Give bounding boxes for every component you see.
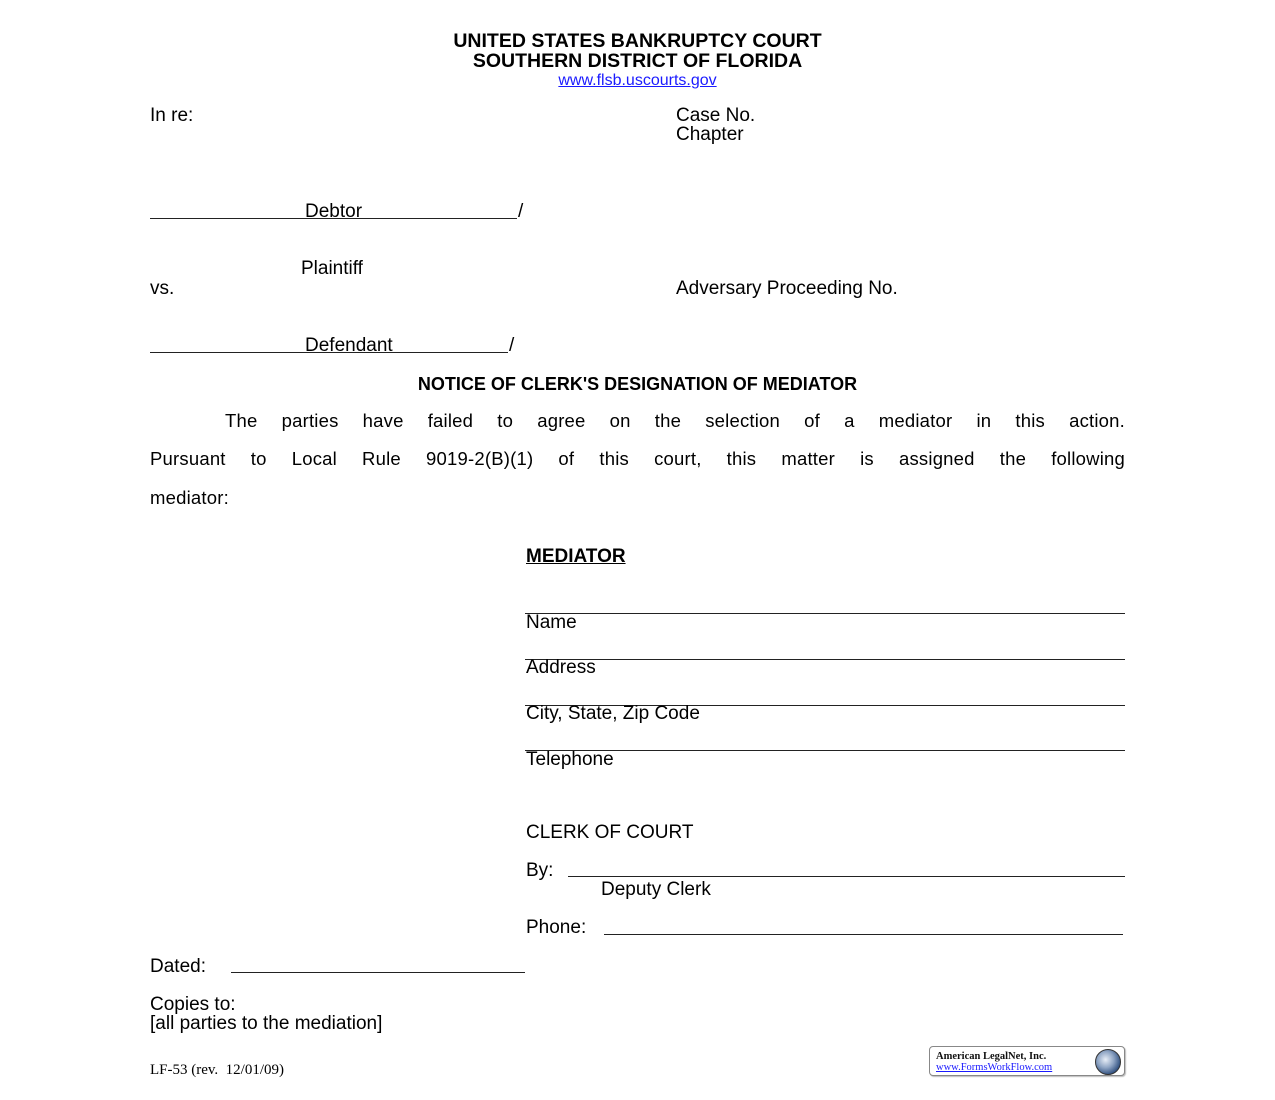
badge-link[interactable]: www.FormsWorkFlow.com [936, 1062, 1052, 1073]
in-re-label: In re: [150, 106, 193, 125]
mediator-heading: MEDIATOR [526, 547, 626, 566]
mediator-address-line[interactable] [525, 659, 1125, 660]
form-id: LF-53 (rev. 12/01/09) [150, 1063, 284, 1078]
by-label: By: [526, 861, 553, 880]
legalnet-badge[interactable]: American LegalNet, Inc. www.FormsWorkFlo… [929, 1046, 1125, 1076]
mediator-address-label: Address [526, 658, 596, 677]
notice-title: NOTICE OF CLERK'S DESIGNATION OF MEDIATO… [0, 375, 1275, 393]
phone-label: Phone: [526, 918, 586, 937]
court-name: UNITED STATES BANKRUPTCY COURT [0, 32, 1275, 52]
globe-icon [1095, 1049, 1121, 1075]
mediator-telephone-line[interactable] [525, 750, 1125, 751]
dated-line[interactable] [231, 972, 525, 973]
plaintiff-label: Plaintiff [301, 259, 363, 278]
chapter-label: Chapter [676, 125, 744, 144]
notice-line-1: The parties have failed to agree on the … [150, 412, 1125, 431]
clerk-heading: CLERK OF COURT [526, 823, 694, 842]
court-website-link[interactable]: www.flsb.uscourts.gov [558, 72, 716, 89]
defendant-slash: / [509, 336, 514, 355]
copies-to-label: Copies to: [150, 995, 236, 1014]
mediator-telephone-label: Telephone [526, 750, 614, 769]
debtor-label: Debtor [305, 202, 362, 221]
notice-line-3: mediator: [150, 489, 229, 508]
mediator-name-label: Name [526, 613, 577, 632]
dated-label: Dated: [150, 957, 206, 976]
court-website-wrapper: www.flsb.uscourts.gov [0, 70, 1275, 89]
phone-line[interactable] [604, 934, 1123, 935]
vs-label: vs. [150, 279, 174, 298]
notice-line-2: Pursuant to Local Rule 9019-2(B)(1) of t… [150, 450, 1125, 469]
badge-company: American LegalNet, Inc. [936, 1051, 1046, 1062]
case-no-label: Case No. [676, 106, 755, 125]
defendant-label: Defendant [305, 336, 393, 355]
debtor-slash: / [518, 202, 523, 221]
court-district: SOUTHERN DISTRICT OF FLORIDA [0, 52, 1275, 72]
mediator-name-line[interactable] [525, 613, 1125, 614]
signature-line[interactable] [568, 876, 1125, 877]
adversary-proceeding-label: Adversary Proceeding No. [676, 279, 898, 298]
copies-to-value: [all parties to the mediation] [150, 1014, 382, 1033]
deputy-clerk-label: Deputy Clerk [601, 880, 711, 899]
mediator-city-label: City, State, Zip Code [526, 704, 700, 723]
